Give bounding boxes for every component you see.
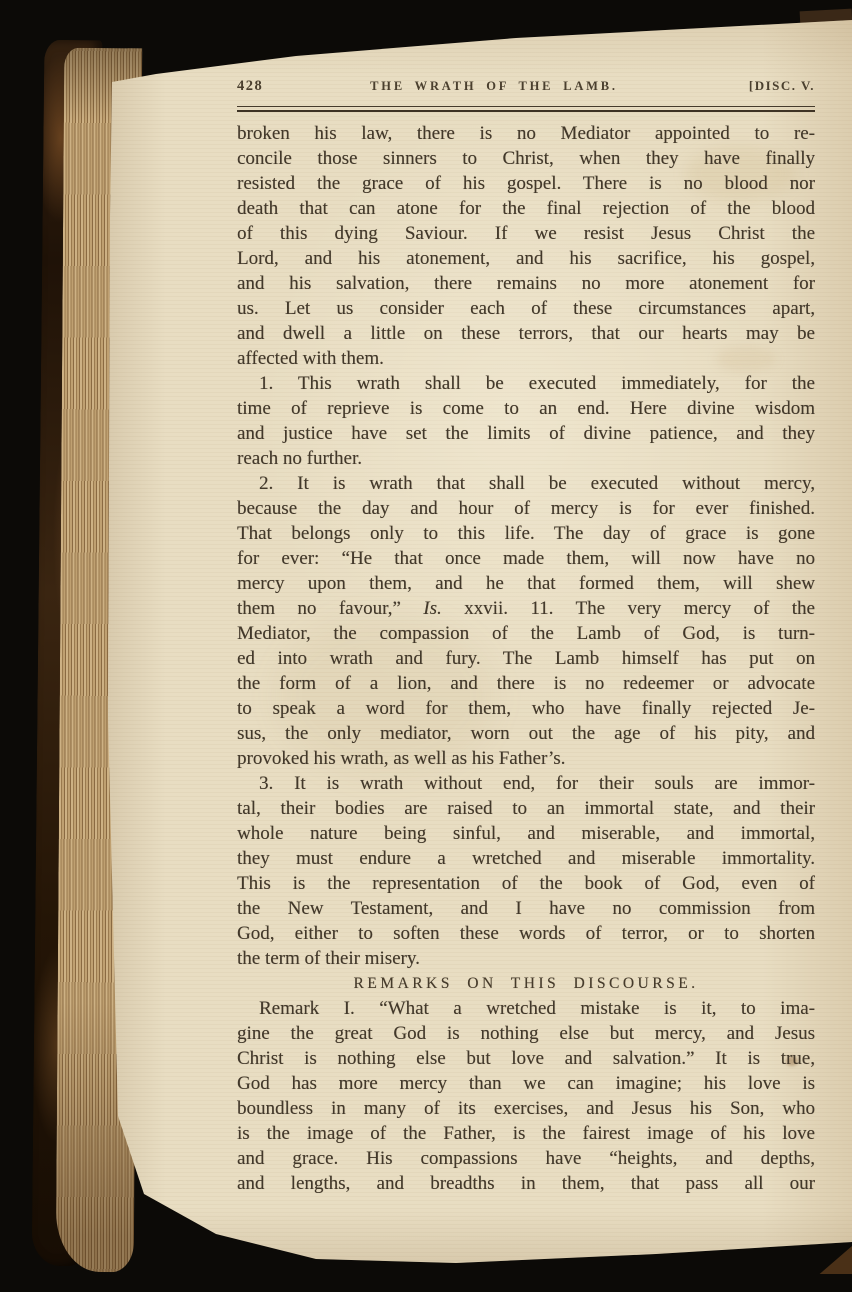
text-line: That belongs only to this life. The day … bbox=[237, 521, 815, 546]
text-line: God, either to soften these words of ter… bbox=[237, 921, 815, 946]
text-line: sus, the only mediator, worn out the age… bbox=[237, 721, 815, 746]
header-rule bbox=[237, 106, 815, 112]
text-line: and dwell a little on these terrors, tha… bbox=[237, 321, 815, 346]
text-line: provoked his wrath, as well as his Fathe… bbox=[237, 746, 815, 771]
text-line: they must endure a wretched and miserabl… bbox=[237, 846, 815, 871]
text-line: and his salvation, there remains no more… bbox=[237, 271, 815, 296]
section-heading: REMARKS ON THIS DISCOURSE. bbox=[237, 971, 815, 996]
text-line: concile those sinners to Christ, when th… bbox=[237, 146, 815, 171]
text-line: Lord, and his atonement, and his sacrifi… bbox=[237, 246, 815, 271]
text-line: 2. It is wrath that shall be executed wi… bbox=[237, 471, 815, 496]
text-line: for ever: “He that once made them, will … bbox=[237, 546, 815, 571]
cover-corner-bottom bbox=[816, 1246, 852, 1274]
text-line: the form of a lion, and there is no rede… bbox=[237, 671, 815, 696]
text-line: and lengths, and breadths in them, that … bbox=[237, 1171, 815, 1196]
text-line: broken his law, there is no Mediator app… bbox=[237, 121, 815, 146]
paragraph: Remark I. “What a wretched mistake is it… bbox=[237, 996, 815, 1196]
text-line: This is the representation of the book o… bbox=[237, 871, 815, 896]
text-line: time of reprieve is come to an end. Here… bbox=[237, 396, 815, 421]
text-line: them no favour,” Is. xxvii. 11. The very… bbox=[237, 596, 815, 621]
text-line: 3. It is wrath without end, for their so… bbox=[237, 771, 815, 796]
text-line: of this dying Saviour. If we resist Jesu… bbox=[237, 221, 815, 246]
text-line: boundless in many of its exercises, and … bbox=[237, 1096, 815, 1121]
text-line: us. Let us consider each of these circum… bbox=[237, 296, 815, 321]
text-line: the New Testament, and I have no commiss… bbox=[237, 896, 815, 921]
text-line: resisted the grace of his gospel. There … bbox=[237, 171, 815, 196]
text-line: to speak a word for them, who have final… bbox=[237, 696, 815, 721]
text-line: gine the great God is nothing else but m… bbox=[237, 1021, 815, 1046]
text-line: mercy upon them, and he that formed them… bbox=[237, 571, 815, 596]
paragraph: 1. This wrath shall be executed immediat… bbox=[237, 371, 815, 471]
book-page: 428 THE WRATH OF THE LAMB. [DISC. V. bro… bbox=[96, 16, 852, 1278]
paragraph: 3. It is wrath without end, for their so… bbox=[237, 771, 815, 971]
text-line: because the day and hour of mercy is for… bbox=[237, 496, 815, 521]
text-line: 1. This wrath shall be executed immediat… bbox=[237, 371, 815, 396]
page-content: 428 THE WRATH OF THE LAMB. [DISC. V. bro… bbox=[237, 78, 815, 1196]
running-title: THE WRATH OF THE LAMB. bbox=[297, 79, 691, 94]
text-line: death that can atone for the final rejec… bbox=[237, 196, 815, 221]
page-header: 428 THE WRATH OF THE LAMB. [DISC. V. bbox=[237, 78, 815, 98]
text-line: the term of their misery. bbox=[237, 946, 815, 971]
text-line: reach no further. bbox=[237, 446, 815, 471]
text-line: Christ is nothing else but love and salv… bbox=[237, 1046, 815, 1071]
text-line: tal, their bodies are raised to an immor… bbox=[237, 796, 815, 821]
paragraph: 2. It is wrath that shall be executed wi… bbox=[237, 471, 815, 771]
text-line: God has more mercy than we can imagine; … bbox=[237, 1071, 815, 1096]
text-line: Mediator, the compassion of the Lamb of … bbox=[237, 621, 815, 646]
discourse-label: [DISC. V. bbox=[723, 78, 815, 94]
book-photo: 428 THE WRATH OF THE LAMB. [DISC. V. bro… bbox=[0, 0, 852, 1292]
text-line: is the image of the Father, is the faire… bbox=[237, 1121, 815, 1146]
text-line: ed into wrath and fury. The Lamb himself… bbox=[237, 646, 815, 671]
text-line: and grace. His compassions have “heights… bbox=[237, 1146, 815, 1171]
text-line: affected with them. bbox=[237, 346, 815, 371]
text-line: and justice have set the limits of divin… bbox=[237, 421, 815, 446]
text-line: whole nature being sinful, and miserable… bbox=[237, 821, 815, 846]
page-body: broken his law, there is no Mediator app… bbox=[237, 121, 815, 1196]
paragraph: broken his law, there is no Mediator app… bbox=[237, 121, 815, 371]
text-line: Remark I. “What a wretched mistake is it… bbox=[237, 996, 815, 1021]
